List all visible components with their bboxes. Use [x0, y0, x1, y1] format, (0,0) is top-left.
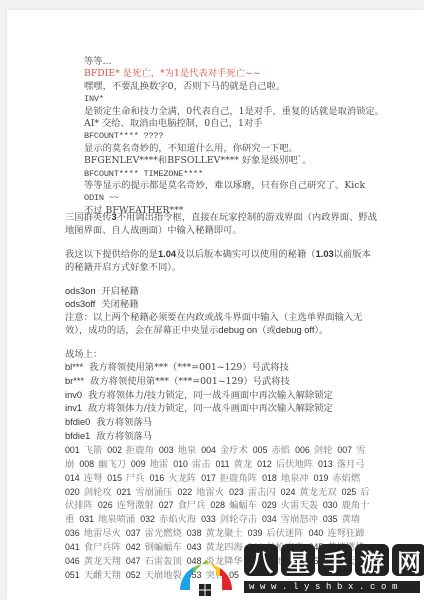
- battle-command-row: inv0 我方将领体力/技力锁定，同一战斗画面中再次输入解除锁定: [65, 389, 377, 403]
- skill-name: 蝙蝠车: [229, 500, 257, 511]
- command-desc: 我方将领使用第***（***=001~129）号武将技: [89, 362, 289, 373]
- skill-name: 黄墙: [342, 514, 361, 525]
- skill-name: 赤焰: [271, 445, 290, 456]
- skill-name: 食尸兵: [177, 500, 205, 511]
- window-icon: [199, 584, 211, 596]
- logo-text: 八 星 手 游 网: [244, 544, 424, 576]
- skill-name: 雪崩涌压: [135, 487, 172, 498]
- skill-name: 地雷: [150, 459, 169, 470]
- skill-name: 后伏迷阵: [266, 528, 303, 539]
- command-code: bl***: [65, 362, 83, 372]
- skill-number: 024: [281, 487, 296, 497]
- skill-name: 雪崩怒冲: [281, 514, 318, 525]
- skill-name: 食尸兵阵: [84, 542, 121, 553]
- battle-command-row: bfdie1 敌方将领落马: [65, 430, 377, 444]
- skill-name: 幽飞刀: [98, 459, 126, 470]
- cheat-guide-body: 三国群英传3不用调出指令框，直接在玩家控制的游戏界面（内政界面、野战地图界面、自…: [65, 211, 377, 583]
- skill-name: 天雌天翔: [84, 570, 121, 581]
- skill-name: 剑轮夺击: [220, 514, 257, 525]
- intro-paragraph: 三国群英传3不用调出指令框，直接在玩家控制的游戏界面（内政界面、野战地图界面、自…: [65, 211, 377, 237]
- skill-number: 026: [98, 500, 113, 510]
- skill-name: 后伏地阵: [276, 459, 313, 470]
- skill-number: 029: [262, 500, 277, 510]
- skill-number: 007: [337, 445, 352, 455]
- version-note-paragraph: 我这以下提供给你的是1.04及以后版本确实可以使用的秘籍（1.03以前版本的秘籍…: [65, 248, 377, 274]
- skill-name: 黄龙: [234, 459, 253, 470]
- skill-number: 033: [201, 514, 216, 524]
- command-code: bfdie0: [65, 417, 90, 427]
- skill-name: 火雷天轰: [281, 500, 318, 511]
- skill-number: 001: [65, 445, 80, 455]
- skill-number: 052: [126, 570, 141, 580]
- note-line: BFGENLEV****和BFSOLLEV**** 好象是级别吧`。: [84, 155, 384, 167]
- skill-number: 019: [314, 473, 329, 483]
- skill-name: 雷光燃烧: [145, 528, 182, 539]
- note-line: 嘿嘿，不要乱换数字0，否则下马的就是自己啦。: [84, 81, 384, 93]
- skill-number: 034: [262, 514, 277, 524]
- skill-number: 008: [79, 459, 94, 469]
- skill-name: 剑轮攻: [84, 487, 112, 498]
- skill-number: 047: [126, 556, 141, 566]
- skill-number: 018: [262, 473, 277, 483]
- command-row: ods3off 关闭秘籍: [65, 298, 377, 311]
- skill-number: 035: [323, 514, 338, 524]
- skill-number: 006: [295, 445, 310, 455]
- note-line: 显示的莫名奇妙的，不知道什么用，你研究一下吧。: [84, 143, 384, 155]
- skill-name: 地雷火: [196, 487, 224, 498]
- skill-number: 046: [65, 556, 80, 566]
- notice-paragraph: 注意：以上两个秘籍必须要在内政或战斗界面中输入（主选单界面输入无效），成功的话，…: [65, 311, 377, 337]
- command-code: inv0: [65, 390, 82, 400]
- command-code: bfdie1: [65, 431, 90, 441]
- note-line: BFCOUNT**** TIMEZONE****: [84, 168, 384, 180]
- skill-number: 013: [318, 459, 333, 469]
- skill-number: 032: [140, 514, 155, 524]
- skill-name: 黄龙无双: [299, 487, 336, 498]
- skill-number: 037: [126, 528, 141, 538]
- skill-number: 010: [173, 459, 188, 469]
- skill-number: 051: [65, 570, 80, 580]
- skill-number: 016: [150, 473, 165, 483]
- skill-name: 落月弓: [337, 459, 365, 470]
- skill-name: 地雷尽火: [84, 528, 121, 539]
- skill-number: 014: [65, 473, 80, 483]
- note-line: ODIN ~~: [84, 192, 384, 204]
- command-desc: 敌方将领落马: [96, 431, 152, 442]
- skill-number: 039: [248, 528, 263, 538]
- skill-number: 011: [216, 459, 230, 469]
- skill-number: 042: [126, 542, 141, 552]
- command-row: ods3on 开启秘籍: [65, 285, 377, 298]
- skill-number: 022: [177, 487, 192, 497]
- skill-number: 023: [229, 487, 244, 497]
- skill-name: 地泉: [178, 445, 197, 456]
- note-line: BFDIE* 是死亡，*为1是代表对手死亡~~: [84, 68, 384, 80]
- skill-name: 剑轮: [314, 445, 333, 456]
- watermark-logo: 八 星 手 游 网 www.lyshbx.com: [172, 540, 424, 600]
- note-line: AI* 交给、取消由电脑控制，0自己，1对手: [84, 118, 384, 130]
- skill-name: 拒鹿角阵: [220, 473, 257, 484]
- skill-number: 028: [210, 500, 225, 510]
- skill-name: 雷击: [192, 459, 211, 470]
- skill-name: 拒鹿角: [126, 445, 154, 456]
- command-desc: 敌方将领使用第***（***=001~129）号武将技: [90, 376, 290, 387]
- note-line: 等等...: [84, 56, 384, 68]
- skill-number: 003: [159, 445, 174, 455]
- battle-command-row: bfdie0 我方将领落马: [65, 416, 377, 430]
- skill-name: 尸兵: [126, 473, 145, 484]
- skill-number: 031: [79, 514, 94, 524]
- cheat-notes-block: 等等...BFDIE* 是死亡，*为1是代表对手死亡~~嘿嘿，不要乱换数字0，否…: [84, 56, 384, 217]
- skill-name: 飞箭: [84, 445, 103, 456]
- skill-number: 030: [323, 500, 338, 510]
- skill-number: 027: [159, 500, 174, 510]
- skill-number: 021: [117, 487, 132, 497]
- command-desc: 我方将领体力/技力锁定，同一战斗画面中再次输入解除锁定: [88, 390, 333, 401]
- skill-number: 041: [65, 542, 80, 552]
- skill-name: 雷击闪: [248, 487, 276, 498]
- battle-command-row: br*** 敌方将领使用第***（***=001~129）号武将技: [65, 375, 377, 389]
- battle-command-row: inv1 敌方将领体力/技力锁定，同一战斗画面中再次输入解除锁定: [65, 402, 377, 416]
- skill-number: 009: [131, 459, 146, 469]
- skill-name: 黄龙天翔: [84, 556, 121, 567]
- skill-number: 020: [65, 487, 80, 497]
- skill-number: 012: [257, 459, 272, 469]
- command-code: inv1: [65, 403, 82, 413]
- skill-name: 地泉冲: [281, 473, 309, 484]
- skill-number: 017: [201, 473, 216, 483]
- skill-number: 038: [187, 528, 202, 538]
- skill-number: 015: [107, 473, 122, 483]
- battle-command-row: bl*** 我方将领使用第***（***=001~129）号武将技: [65, 361, 377, 375]
- skill-name: 连弩激射: [117, 500, 154, 511]
- skill-number: 005: [253, 445, 268, 455]
- skill-name: 金疗术: [220, 445, 248, 456]
- note-line: 是锁定生命和技力全满，0代表自己，1是对手，重复的话就是取消锁定。: [84, 106, 384, 118]
- skill-number: 002: [107, 445, 122, 455]
- skill-name: 火龙阵: [168, 473, 196, 484]
- note-line: 等等显示的提示都是莫名奇妙，难以琢磨，只有你自己研究了。Kick: [84, 180, 384, 192]
- note-line: INV*: [84, 93, 384, 105]
- skill-number: 036: [65, 528, 80, 538]
- logo-url: www.lyshbx.com: [244, 581, 420, 593]
- skill-name: 连弩狂蹄: [327, 528, 364, 539]
- skill-number: 040: [309, 528, 324, 538]
- skill-number: 004: [201, 445, 216, 455]
- skill-name: 黄龙聚土: [205, 528, 242, 539]
- battle-heading: 战场上：: [65, 348, 377, 361]
- skill-name: 连弩: [84, 473, 103, 484]
- command-code: br***: [65, 376, 84, 386]
- toggle-commands: ods3on 开启秘籍 ods3off 关闭秘籍: [65, 285, 377, 311]
- skill-name: 地泉喷涌: [98, 514, 135, 525]
- command-desc: 敌方将领体力/技力锁定，同一战斗画面中再次输入解除锁定: [88, 403, 333, 414]
- skill-number: 025: [342, 487, 357, 497]
- skill-name: 赤焰火海: [159, 514, 196, 525]
- command-desc: 我方将领落马: [96, 417, 152, 428]
- skill-name: 赤焰燃: [332, 473, 360, 484]
- note-line: BFCOUNT**** ????: [84, 130, 384, 142]
- battle-commands: bl*** 我方将领使用第***（***=001~129）号武将技br*** 敌…: [65, 361, 377, 444]
